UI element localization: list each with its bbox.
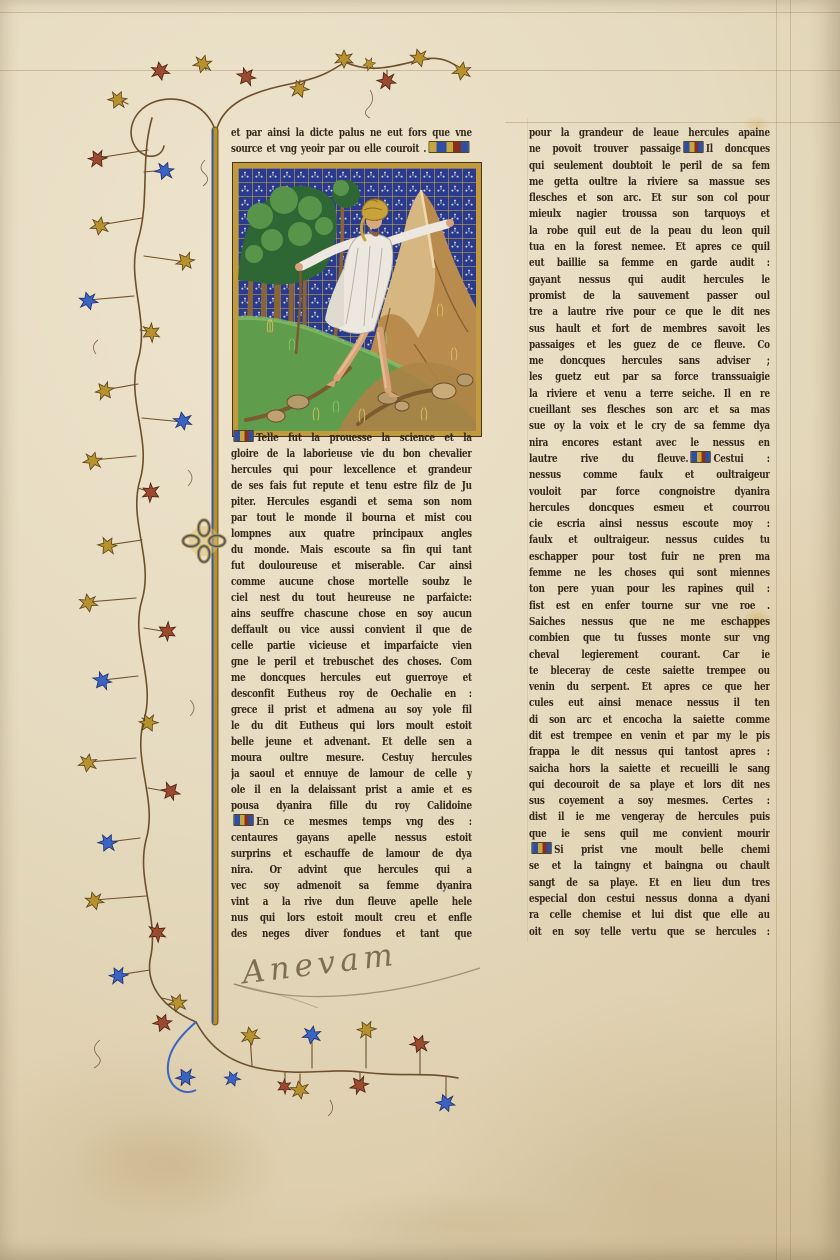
text-segment: nira encores estant avec le nessus en: [529, 435, 770, 449]
ruling-line-vertical: [527, 118, 528, 942]
text-line: cules eut ainsi menace nessus il ten: [529, 694, 770, 710]
text-line: te bleceray de ceste saiette trempee ou: [529, 662, 770, 678]
miniature-scene: [238, 168, 476, 431]
text-segment: mieulx nagier troussa son tarquoys et: [529, 206, 770, 220]
text-line: oit en soy telle vertu que se hercules :: [529, 923, 770, 939]
ruling-line-vertical: [790, 0, 791, 1260]
text-line: cheval legierement courant. Car ie: [529, 646, 770, 662]
text-line: la robe quil eut de la peau du leon quil: [529, 222, 770, 238]
text-segment: saicha hors la saiette et recueilli le s…: [529, 761, 770, 775]
text-segment: me doncques hercules eut guerroye et: [231, 670, 472, 684]
text-line: celle partie vicieuse et imparfaicte vie…: [231, 637, 472, 653]
text-line: me doncques hercules eut guerroye et: [231, 669, 472, 685]
text-segment: nus qui lors estoit moult creu et enfle: [231, 910, 472, 924]
text-segment: flesches et son arc. Et sur son col pour: [529, 190, 770, 204]
illuminated-initial-ornament: [233, 814, 253, 826]
text-segment: que ie sens quil me convient mourir: [529, 826, 770, 840]
text-segment: source et vng yeoir par ou elle couroit …: [231, 141, 426, 155]
text-segment: piter. Hercules esgandi et sema son nom: [231, 494, 472, 508]
text-segment: faulx et oultraigeur. nessus cuides tu: [529, 532, 770, 546]
text-segment: surprins et eschauffe de lamour de dya: [231, 846, 472, 860]
knot-ornament: [183, 520, 225, 562]
text-line: especial don cestui nessus donna a dyani: [529, 890, 770, 906]
text-line: frappa le dit nessus qui tantost apres :: [529, 743, 770, 759]
text-line: centaures gayans apelle nessus estoit: [231, 829, 472, 845]
illuminated-initial-ornament: [683, 141, 703, 153]
text-line: ton pere yuan pour les rapines quil :: [529, 580, 770, 596]
text-line: desconfit Eutheus roy de Oechalie en :: [231, 685, 472, 701]
text-segment: et par ainsi la dicte palus ne eut fors …: [231, 125, 472, 139]
text-segment: promist de la sauvement passer oul: [529, 288, 770, 302]
line-filler-ornament: [429, 141, 470, 153]
text-segment: oit en soy telle vertu que se hercules :: [529, 924, 770, 938]
text-segment: ton pere yuan pour les rapines quil :: [529, 581, 770, 595]
text-line: me getta oultre la riviere sa massue ses: [529, 173, 770, 189]
text-line: sus hault et fort de membres savoit les: [529, 320, 770, 336]
text-segment: cie escria ainsi nessus escoute moy :: [529, 516, 770, 530]
text-line: vouloit par force congnoistre dyanira: [529, 483, 770, 499]
text-line: dist il ie me vengeray de hercules puis: [529, 808, 770, 824]
ruling-line-horizontal: [0, 12, 840, 13]
text-line: sue oy la voix et le cry de sa femme dya: [529, 417, 770, 433]
text-segment: frappa le dit nessus qui tantost apres :: [529, 744, 770, 758]
text-line: qui decouroit de sa playe et lors dit ne…: [529, 776, 770, 792]
text-segment: me getta oultre la riviere sa massue ses: [529, 174, 770, 188]
text-line: nira. Or advint que hercules qui a: [231, 861, 472, 877]
text-segment: vint a la rive dun fleuve apelle hele: [231, 894, 472, 908]
illuminated-initial-ornament: [531, 842, 551, 854]
text-segment: Il doncques: [706, 141, 770, 155]
text-line: ja saoul et ennuye de lamour de celle y: [231, 765, 472, 781]
text-segment: me doncques hercules sans adviser ;: [529, 353, 770, 367]
text-line: sangt de sa playe. Et en lieu dun tres: [529, 874, 770, 890]
text-line: tua en la forest nemee. Et apres ce quil: [529, 238, 770, 254]
text-segment: qui seulement doubtoit le peril de sa fe…: [529, 158, 770, 172]
text-segment: ra celle chemise et lui dist que elle au: [529, 907, 770, 921]
text-line: passaiges et les guez de ce fleuve. Co: [529, 336, 770, 352]
text-line: par tout le monde il bourna et mist cou: [231, 509, 472, 525]
text-line: piter. Hercules esgandi et sema son nom: [231, 493, 472, 509]
text-segment: sus coyement a soy mesmes. Certes :: [529, 793, 770, 807]
text-line: les guetz eut par sa force transsuaigie: [529, 368, 770, 384]
text-line: grece il prist et admena au soy yole fil: [231, 701, 472, 717]
illuminated-initial-ornament: [233, 430, 253, 442]
text-segment: celle partie vicieuse et imparfaicte vie…: [231, 638, 472, 652]
text-segment: nira. Or advint que hercules qui a: [231, 862, 472, 876]
text-segment: nessus comme faulx et oultraigeur: [529, 467, 770, 481]
text-line: ra celle chemise et lui dist que elle au: [529, 906, 770, 922]
text-segment: ole il en la delaissant prist a amie et …: [231, 782, 472, 796]
miniature-painting: [233, 163, 481, 436]
text-segment: fut douloureuse et miserable. Car ainsi: [231, 558, 472, 572]
text-line: dit est trempee en venin et par my le pi…: [529, 727, 770, 743]
text-segment: cules eut ainsi menace nessus il ten: [529, 695, 770, 709]
text-line: saicha hors la saiette et recueilli le s…: [529, 760, 770, 776]
text-line: cueillant ses flesches son arc et sa mas: [529, 401, 770, 417]
text-line: cie escria ainsi nessus escoute moy :: [529, 515, 770, 531]
text-line: et par ainsi la dicte palus ne eut fors …: [231, 124, 472, 140]
text-column-left: Telle fut la prouesse la science et lagl…: [231, 429, 472, 941]
text-segment: Saiches nessus que ne me eschappes: [529, 614, 770, 628]
text-line: flesches et son arc. Et sur son col pour: [529, 189, 770, 205]
text-line: ole il en la delaissant prist a amie et …: [231, 781, 472, 797]
text-segment: hercules doncques esmeu et courrou: [529, 500, 770, 514]
text-line: di son arc et encocha la saiette comme: [529, 711, 770, 727]
text-segment: eschapper pour tost fuir ne pren ma: [529, 549, 770, 563]
text-line: ains seuffre chascune chose en soy aucun: [231, 605, 472, 621]
text-line: promist de la sauvement passer oul: [529, 287, 770, 303]
text-segment: venin du serpent. Et apres ce que her: [529, 679, 770, 693]
text-segment: deffault ou vice aussi convient il que d…: [231, 622, 472, 636]
text-segment: ne povoit trouver passaige: [529, 141, 681, 155]
text-line: faulx et oultraigeur. nessus cuides tu: [529, 531, 770, 547]
text-segment: belle jeune et advenant. Et delle sen a: [231, 734, 472, 748]
text-segment: te bleceray de ceste saiette trempee ou: [529, 663, 770, 677]
text-line: du monde. Mais escoute sa fin qui tant: [231, 541, 472, 557]
text-segment: se et la taingny et baingna ou chault: [529, 858, 770, 872]
text-line: que ie sens quil me convient mourir: [529, 825, 770, 841]
text-segment: lompnes aux quatre principaux angles: [231, 526, 472, 540]
text-line: nira encores estant avec le nessus en: [529, 434, 770, 450]
text-line: se et la taingny et baingna ou chault: [529, 857, 770, 873]
text-line: eschapper pour tost fuir ne pren ma: [529, 548, 770, 564]
text-line: le du dit Eutheus qui lors moult estoit: [231, 717, 472, 733]
text-line: Saiches nessus que ne me eschappes: [529, 613, 770, 629]
text-segment: cheval legierement courant. Car ie: [529, 647, 770, 661]
text-segment: la riviere et venu a terre seiche. Il en…: [529, 386, 770, 400]
text-segment: passaiges et les guez de ce fleuve. Co: [529, 337, 770, 351]
text-segment: tua en la forest nemee. Et apres ce quil: [529, 239, 770, 253]
text-segment: Cestui :: [714, 451, 770, 465]
text-line: gayant nessus qui audit hercules le: [529, 271, 770, 287]
text-segment: centaures gayans apelle nessus estoit: [231, 830, 472, 844]
text-line: fist est en enfer tourne sur vne roe .: [529, 597, 770, 613]
text-segment: de ses fais fut repute et tenu estre fil…: [231, 478, 472, 492]
text-segment: desconfit Eutheus roy de Oechalie en :: [231, 686, 472, 700]
text-line: vint a la rive dun fleuve apelle hele: [231, 893, 472, 909]
text-segment: les guetz eut par sa force transsuaigie: [529, 369, 770, 383]
text-segment: femme ne les choses qui sont miennes: [529, 565, 770, 579]
text-segment: sus hault et fort de membres savoit les: [529, 321, 770, 335]
manuscript-folio: et par ainsi la dicte palus ne eut fors …: [0, 0, 840, 1260]
text-segment: comme aucune chose mortelle soubz le: [231, 574, 472, 588]
text-segment: pousa dyanira fille du roy Calidoine: [231, 798, 472, 812]
text-segment: lautre rive du fleuve.: [529, 451, 688, 465]
text-segment: gloire de la laborieuse vie du bon cheva…: [231, 446, 472, 460]
text-segment: combien que tu fusses monte sur vng: [529, 630, 770, 644]
text-segment: di son arc et encocha la saiette comme: [529, 712, 770, 726]
text-line: me doncques hercules sans adviser ;: [529, 352, 770, 368]
text-line: moura oultre mesure. Cestuy hercules: [231, 749, 472, 765]
ruling-line-horizontal: [0, 70, 840, 71]
text-line: lompnes aux quatre principaux angles: [231, 525, 472, 541]
ruling-line-vertical: [776, 0, 777, 1260]
text-segment: gne le peril et trebuschet des choses. C…: [231, 654, 472, 668]
text-segment: grece il prist et admena au soy yole fil: [231, 702, 472, 716]
text-line: sus coyement a soy mesmes. Certes :: [529, 792, 770, 808]
text-segment: Si prist vne moult belle chemi: [554, 842, 770, 856]
text-line: mieulx nagier troussa son tarquoys et: [529, 205, 770, 221]
text-line: venin du serpent. Et apres ce que her: [529, 678, 770, 694]
text-segment: tre a lautre rive pour ce que le dit nes: [529, 304, 770, 318]
text-segment: sangt de sa playe. Et en lieu dun tres: [529, 875, 770, 889]
text-line: la riviere et venu a terre seiche. Il en…: [529, 385, 770, 401]
illuminated-initial-ornament: [691, 451, 711, 463]
text-line: femme ne les choses qui sont miennes: [529, 564, 770, 580]
text-line: pousa dyanira fille du roy Calidoine: [231, 797, 472, 813]
text-line: combien que tu fusses monte sur vng: [529, 629, 770, 645]
text-segment: hercules qui pour lexcellence et grandeu…: [231, 462, 472, 476]
text-segment: du monde. Mais escoute sa fin qui tant: [231, 542, 472, 556]
text-line: tre a lautre rive pour ce que le dit nes: [529, 303, 770, 319]
text-line: pour la grandeur de leaue hercules apain…: [529, 124, 770, 140]
text-line: lautre rive du fleuve.Cestui :: [529, 450, 770, 466]
text-segment: especial don cestui nessus donna a dyani: [529, 891, 770, 905]
text-segment: qui decouroit de sa playe et lors dit ne…: [529, 777, 770, 791]
owner-inscription: Anevam: [240, 937, 399, 992]
text-line: gloire de la laborieuse vie du bon cheva…: [231, 445, 472, 461]
text-segment: Telle fut la prouesse la science et la: [256, 430, 472, 444]
text-segment: ciel nest du tout heureuse ne parfaicte:: [231, 590, 472, 604]
parchment-stain: [320, 1190, 580, 1260]
text-line: belle jeune et advenant. Et delle sen a: [231, 733, 472, 749]
text-line: gne le peril et trebuschet des choses. C…: [231, 653, 472, 669]
text-line: qui seulement doubtoit le peril de sa fe…: [529, 157, 770, 173]
text-line: deffault ou vice aussi convient il que d…: [231, 621, 472, 637]
text-line: ciel nest du tout heureuse ne parfaicte:: [231, 589, 472, 605]
text-line: hercules qui pour lexcellence et grandeu…: [231, 461, 472, 477]
parchment-stain: [70, 1110, 280, 1220]
text-segment: ja saoul et ennuye de lamour de celle y: [231, 766, 472, 780]
text-line: ne povoit trouver passaigeIl doncques: [529, 140, 770, 156]
text-line: Si prist vne moult belle chemi: [529, 841, 770, 857]
text-segment: vouloit par force congnoistre dyanira: [529, 484, 770, 498]
text-segment: le du dit Eutheus qui lors moult estoit: [231, 718, 472, 732]
text-line: fut douloureuse et miserable. Car ainsi: [231, 557, 472, 573]
text-segment: vec soy admenoit sa femme dyanira: [231, 878, 472, 892]
text-segment: ains seuffre chascune chose en soy aucun: [231, 606, 472, 620]
text-line: comme aucune chose mortelle soubz le: [231, 573, 472, 589]
text-segment: par tout le monde il bourna et mist cou: [231, 510, 472, 524]
text-line: hercules doncques esmeu et courrou: [529, 499, 770, 515]
text-column-right: pour la grandeur de leaue hercules apain…: [529, 124, 770, 939]
text-segment: des neges diver fondues et tant que: [231, 926, 472, 940]
text-segment: dist il ie me vengeray de hercules puis: [529, 809, 770, 823]
text-line: eut baillie sa femme en garde audit :: [529, 254, 770, 270]
text-segment: gayant nessus qui audit hercules le: [529, 272, 770, 286]
text-line: nus qui lors estoit moult creu et enfle: [231, 909, 472, 925]
text-segment: la robe quil eut de la peau du leon quil: [529, 223, 770, 237]
text-line: source et vng yeoir par ou elle couroit …: [231, 140, 472, 156]
text-column-left-top: et par ainsi la dicte palus ne eut fors …: [231, 124, 472, 156]
text-segment: sue oy la voix et le cry de sa femme dya: [529, 418, 770, 432]
text-segment: moura oultre mesure. Cestuy hercules: [231, 750, 472, 764]
text-line: En ce mesmes temps vng des :: [231, 813, 472, 829]
text-segment: cueillant ses flesches son arc et sa mas: [529, 402, 770, 416]
text-segment: pour la grandeur de leaue hercules apain…: [529, 125, 770, 139]
text-line: vec soy admenoit sa femme dyanira: [231, 877, 472, 893]
text-line: de ses fais fut repute et tenu estre fil…: [231, 477, 472, 493]
text-line: des neges diver fondues et tant que: [231, 925, 472, 941]
text-segment: eut baillie sa femme en garde audit :: [529, 255, 770, 269]
text-line: Telle fut la prouesse la science et la: [231, 429, 472, 445]
text-line: nessus comme faulx et oultraigeur: [529, 466, 770, 482]
text-segment: En ce mesmes temps vng des :: [256, 814, 472, 828]
text-line: surprins et eschauffe de lamour de dya: [231, 845, 472, 861]
text-segment: dit est trempee en venin et par my le pi…: [529, 728, 770, 742]
text-segment: fist est en enfer tourne sur vne roe .: [529, 598, 770, 612]
